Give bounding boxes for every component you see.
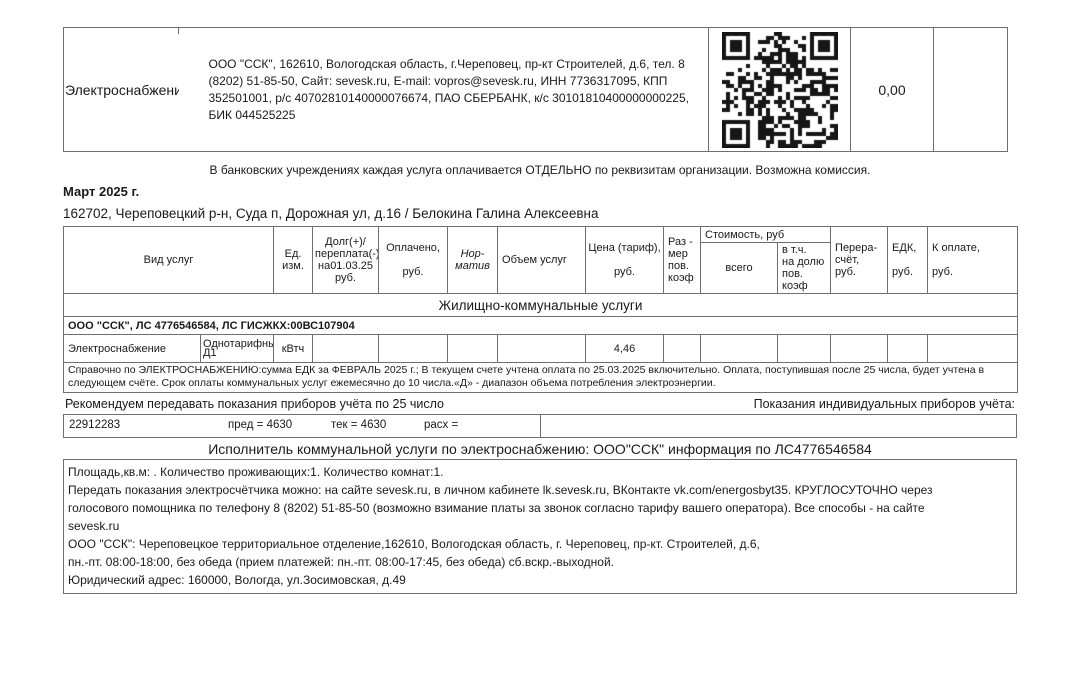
previous-reading: пред = 4630: [228, 419, 292, 431]
recalc-cell: [831, 335, 888, 363]
col-header-cost-coef-share: в т.ч. на долю пов. коэф: [778, 243, 831, 294]
info-line: sevesk.ru: [68, 517, 1016, 535]
account-line: ООО "ССК", ЛС 4776546584, ЛС ГИСЖКХ:00ВС…: [64, 317, 1018, 335]
col-header-cost-total: всего: [701, 243, 778, 294]
readings-recommendation-row: Рекомендуем передавать показания приборо…: [63, 395, 1017, 413]
meter-number: 22912283: [69, 419, 120, 431]
info-line: Юридический адрес: 160000, Вологда, ул.З…: [68, 571, 1016, 589]
info-line: Передать показания электросчётчика можно…: [68, 481, 1016, 499]
consumption-value: расх =: [424, 419, 458, 431]
coef-cell: [664, 335, 701, 363]
cost-coef-share-cell: [778, 335, 831, 363]
col-header-volume: Объем услуг: [498, 227, 586, 294]
payment-header-block: Электроснабжение ООО "ССК", 162610, Воло…: [63, 27, 1007, 152]
company-requisites-text: ООО "ССК", 162610, Вологодская область, …: [179, 28, 709, 152]
col-header-norm: Нор- матив: [448, 227, 498, 294]
individual-meters-title: Показания индивидуальных приборов учёта:: [754, 397, 1015, 412]
col-header-to-pay: К оплате, руб.: [928, 227, 1018, 294]
requisites-table: Электроснабжение ООО "ССК", 162610, Воло…: [63, 27, 1008, 152]
service-name-cell: Электроснабжение: [64, 335, 201, 363]
info-line: пн.-пт. 08:00-18:00, без обеда (прием пл…: [68, 553, 1016, 571]
paid-cell: [379, 335, 448, 363]
col-header-edk: ЕДК, руб.: [888, 227, 928, 294]
info-line: голосового помощника по телефону 8 (8202…: [68, 499, 1016, 517]
col-header-recalc: Перера- счёт, руб.: [831, 227, 888, 294]
qr-code-cell: [709, 28, 851, 152]
account-address: 162702, Череповецкий р-н, Суда п, Дорожн…: [63, 206, 1080, 221]
debt-cell: [313, 335, 379, 363]
to-pay-cell: [928, 335, 1018, 363]
section-title: Жилищно-коммунальные услуги: [64, 294, 1018, 317]
volume-cell: [498, 335, 586, 363]
norm-cell: [448, 335, 498, 363]
price-cell: 4,46: [586, 335, 664, 363]
provider-info-line: Исполнитель коммунальной услуги по элект…: [63, 441, 1017, 457]
col-header-cost-group: Стоимость, руб: [701, 227, 831, 243]
col-header-paid: Оплачено, руб.: [379, 227, 448, 294]
col-header-price: Цена (тариф), руб.: [586, 227, 664, 294]
amount-due-cell: 0,00: [851, 28, 934, 152]
meter-empty-cell: [541, 415, 1016, 437]
info-line: ООО "ССК": Череповецкое территориальное …: [68, 535, 1016, 553]
col-header-service: Вид услуг: [64, 227, 274, 294]
services-charges-table: Вид услуг Ед. изм. Долг(+)/ переплата(-)…: [63, 226, 1018, 393]
cost-total-cell: [701, 335, 778, 363]
meter-readings-cell: 22912283 пред = 4630 тек = 4630 расх =: [64, 415, 541, 437]
payment-qr-code-icon: [722, 32, 838, 148]
service-type-label: Электроснабжение: [64, 28, 179, 152]
info-line: Площадь,кв.м: . Количество проживающих:1…: [68, 463, 1016, 481]
reference-note: Справочно по ЭЛЕКТРОСНАБЖЕНИЮ:сумма ЕДК …: [64, 363, 1018, 393]
edk-cell: [888, 335, 928, 363]
billing-period: Март 2025 г.: [63, 184, 1080, 199]
cell-divider-tick: [178, 27, 179, 34]
recommend-readings-text: Рекомендуем передавать показания приборо…: [65, 397, 444, 412]
empty-cell: [934, 28, 1008, 152]
col-header-debt: Долг(+)/ переплата(-) на01.03.25 руб.: [313, 227, 379, 294]
col-header-coef: Раз - мер пов. коэф: [664, 227, 701, 294]
current-reading: тек = 4630: [331, 419, 386, 431]
unit-cell: кВтч: [274, 335, 313, 363]
col-header-unit: Ед. изм.: [274, 227, 313, 294]
meter-readings-table: 22912283 пред = 4630 тек = 4630 расх =: [63, 414, 1017, 438]
contact-info-block: Площадь,кв.м: . Количество проживающих:1…: [63, 459, 1017, 594]
bank-commission-notice: В банковских учреждениях каждая услуга о…: [63, 163, 1017, 177]
tariff-type-cell: Однотарифный Д1: [201, 335, 274, 363]
utility-bill-document: Электроснабжение ООО "ССК", 162610, Воло…: [0, 0, 1080, 676]
